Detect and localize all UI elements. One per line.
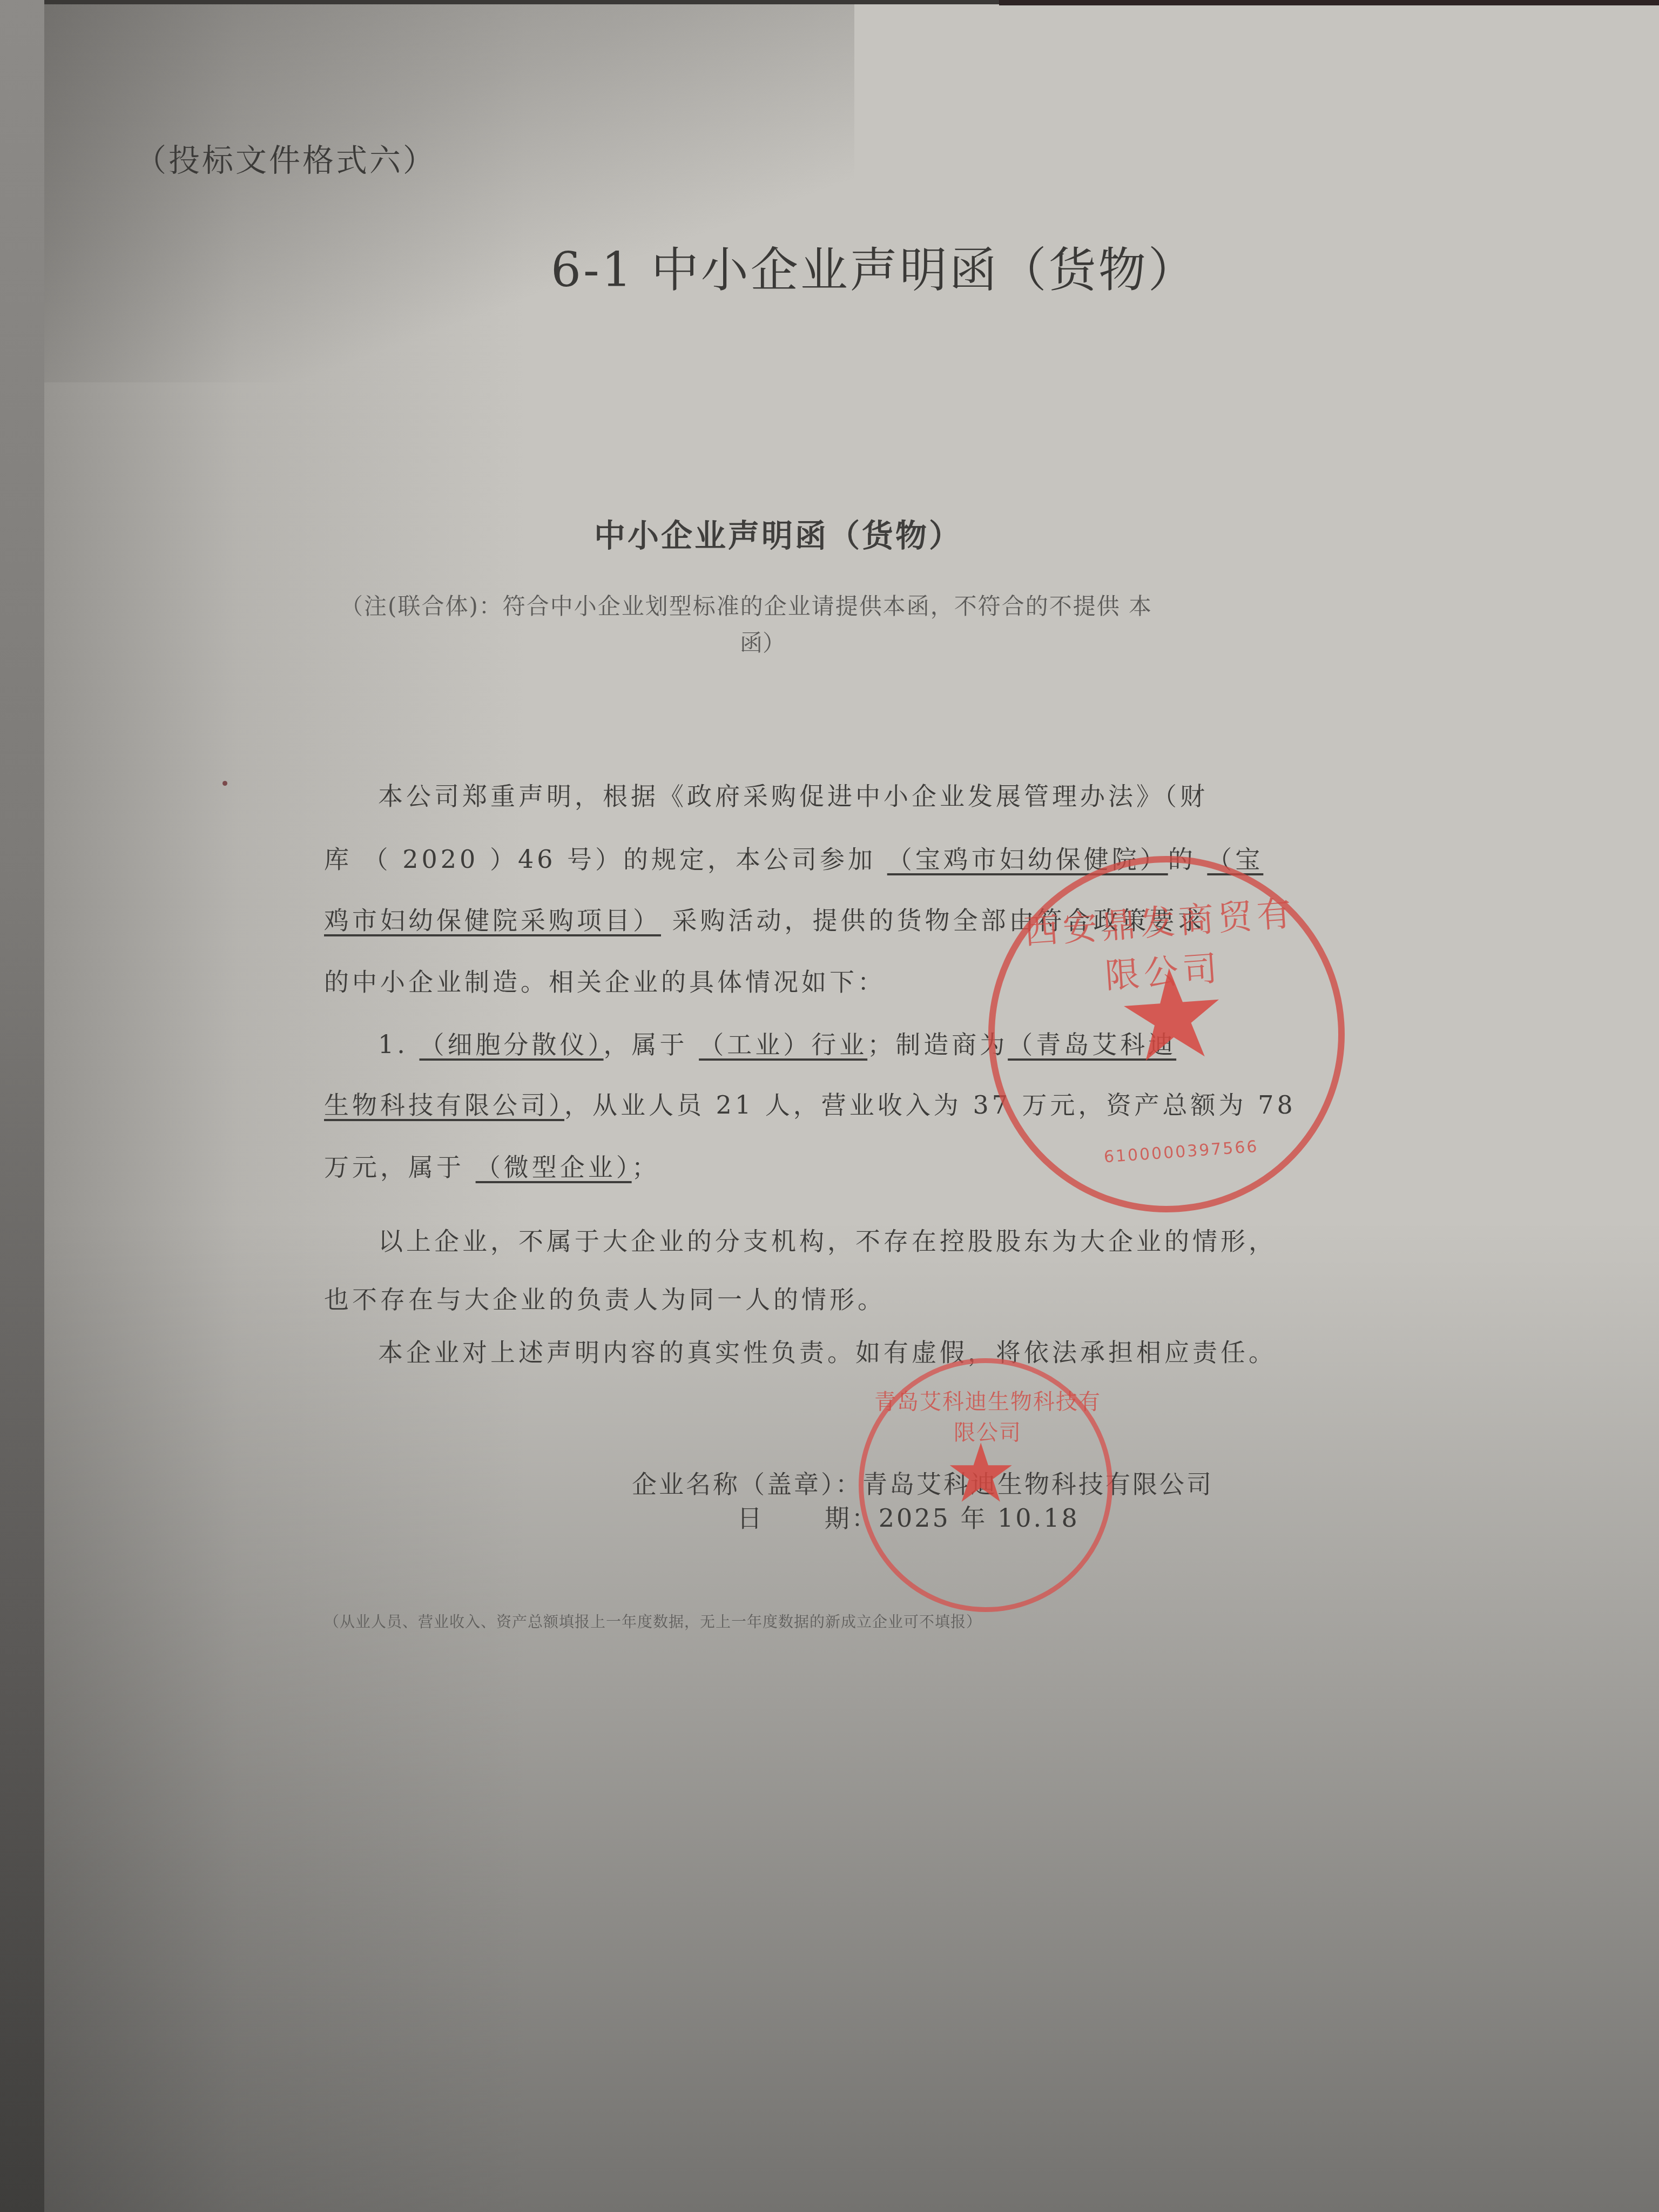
top-edge-background xyxy=(999,0,1659,5)
paragraph-1-line-1: 本公司郑重声明，根据《政府采购促进中小企业发展管理办法》（财 xyxy=(378,777,1208,812)
date-label: 日 期： xyxy=(737,1503,879,1533)
binder-spine xyxy=(0,0,44,2212)
manufacturer-label: ；制造商为 xyxy=(867,1030,1008,1059)
note-line-1: （注(联合体)：符合中小企业划型标准的企业请提供本函，不符合的不提供 本 xyxy=(340,589,1152,621)
paragraph-1-line-4: 的中小企业制造。相关企业的具体情况如下： xyxy=(324,962,886,998)
ink-spot xyxy=(222,781,227,786)
paragraph-2-line-2: 也不存在与大企业的负责人为同一人的情形。 xyxy=(324,1280,886,1316)
seal-number-text: 6100000397566 xyxy=(1084,1136,1279,1168)
belongs-label: ，属于 xyxy=(604,1030,688,1059)
industry-name: （工业）行业 xyxy=(699,1030,867,1059)
stats-end: 万元，属于 xyxy=(324,1152,476,1182)
letter-title: 中小企业声明函（货物） xyxy=(594,510,962,556)
seal-name-text: 西安鼎发商贸有限公司 xyxy=(1007,885,1316,1005)
page-title: 6-1 中小企业声明函（货物） xyxy=(551,232,1198,300)
note-line-2: 函） xyxy=(740,625,785,658)
footnote: （从业人员、营业收入、资产总额填报上一年度数据，无上一年度数据的新成立企业可不填… xyxy=(324,1610,982,1632)
item-terminator: ； xyxy=(632,1152,660,1182)
format-label: （投标文件格式六） xyxy=(135,135,436,180)
company-seal-lower: ★ 青岛艾科迪生物科技有限公司 xyxy=(859,1358,1112,1612)
enterprise-type: （微型企业） xyxy=(476,1152,632,1182)
item-number: 1. xyxy=(378,1030,408,1059)
project-name-end: 鸡市妇幼保健院采购项目） xyxy=(324,906,661,935)
item-1-line-3: 万元，属于 （微型企业）； xyxy=(324,1148,660,1183)
paragraph-2-line-1: 以上企业，不属于大企业的分支机构，不存在控股股东为大企业的情形， xyxy=(378,1222,1277,1257)
goods-name: （细胞分散仪） xyxy=(420,1030,604,1059)
seal-name-text: 青岛艾科迪生物科技有限公司 xyxy=(874,1385,1101,1446)
company-label: 企业名称（盖章）： xyxy=(632,1469,862,1499)
regulation-reference: 库 （ 2020 ）46 号）的规定，本公司参加 xyxy=(324,845,887,874)
manufacturer-name-end: 生物科技有限公司） xyxy=(324,1090,564,1120)
paragraph-3: 本企业对上述声明内容的真实性负责。如有虚假，将依法承担相应责任。 xyxy=(378,1333,1277,1368)
